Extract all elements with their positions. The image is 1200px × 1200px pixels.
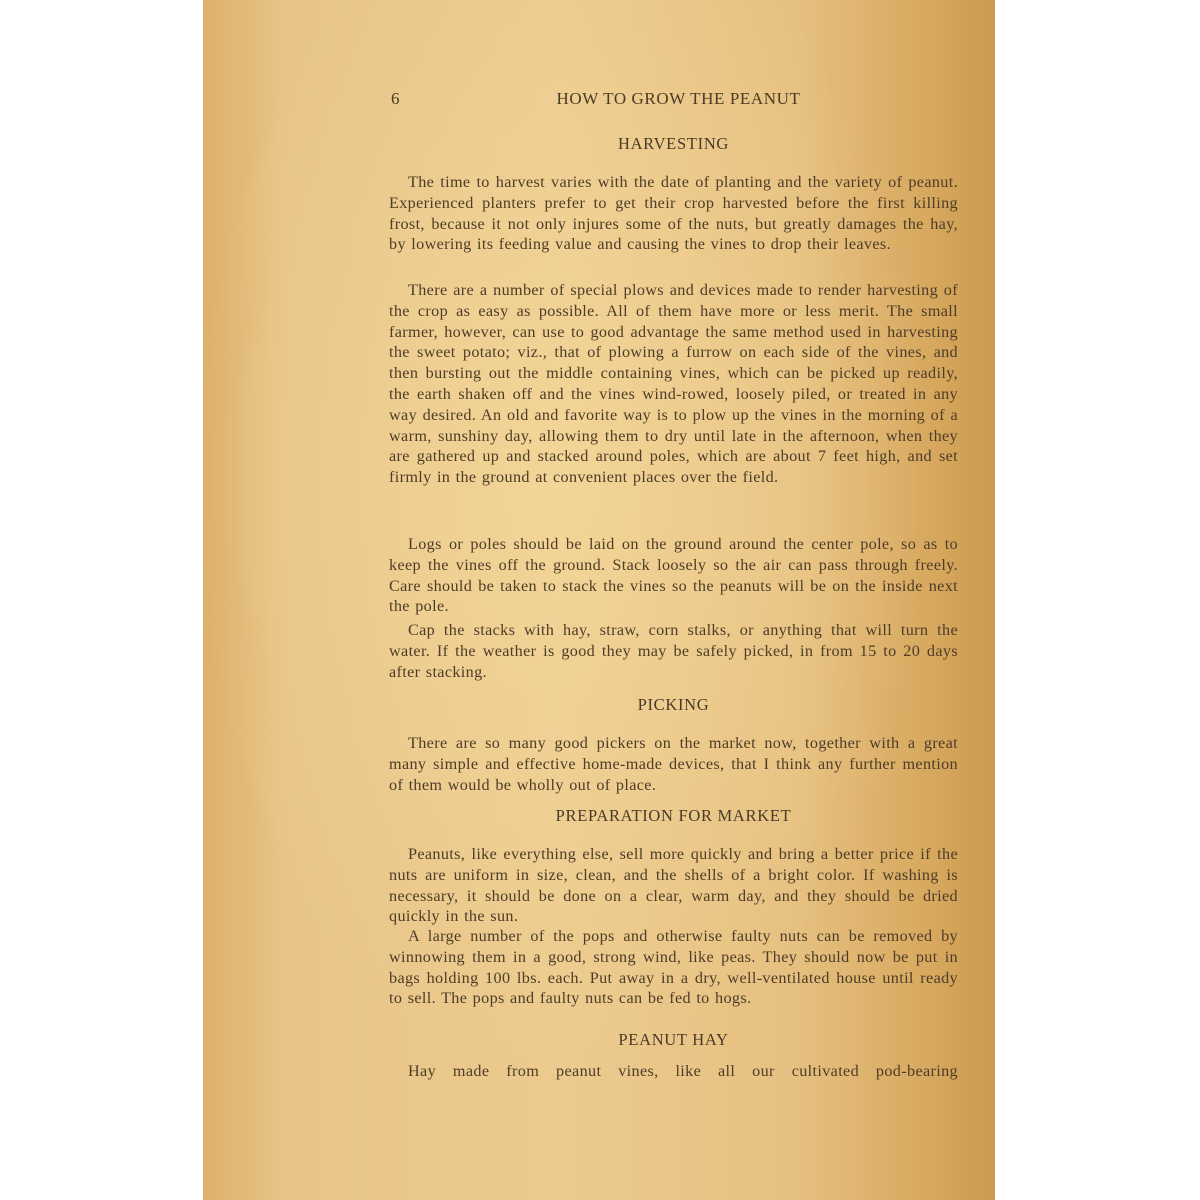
running-title: HOW TO GROW THE PEANUT	[389, 89, 958, 109]
section-heading-peanut-hay: PEANUT HAY	[389, 1030, 958, 1050]
paragraph-uniform-nuts: Peanuts, like everything else, sell more…	[389, 844, 958, 927]
paragraph-harvest-time: The time to harvest varies with the date…	[389, 172, 958, 255]
running-head: 6 HOW TO GROW THE PEANUT	[389, 89, 958, 113]
paragraph-winnowing: A large number of the pops and otherwise…	[389, 926, 958, 1009]
paragraph-cap-stacks: Cap the stacks with hay, straw, corn sta…	[389, 620, 958, 682]
paragraph-logs-poles: Logs or poles should be laid on the grou…	[389, 534, 958, 617]
paragraph-pickers: There are so many good pickers on the ma…	[389, 733, 958, 795]
paragraph-peanut-hay: Hay made from peanut vines, like all our…	[389, 1061, 958, 1082]
section-heading-harvesting: HARVESTING	[389, 134, 958, 154]
section-heading-preparation-for-market: PREPARATION FOR MARKET	[389, 806, 958, 826]
paragraph-harvest-methods: There are a number of special plows and …	[389, 280, 958, 488]
section-heading-picking: PICKING	[389, 695, 958, 715]
